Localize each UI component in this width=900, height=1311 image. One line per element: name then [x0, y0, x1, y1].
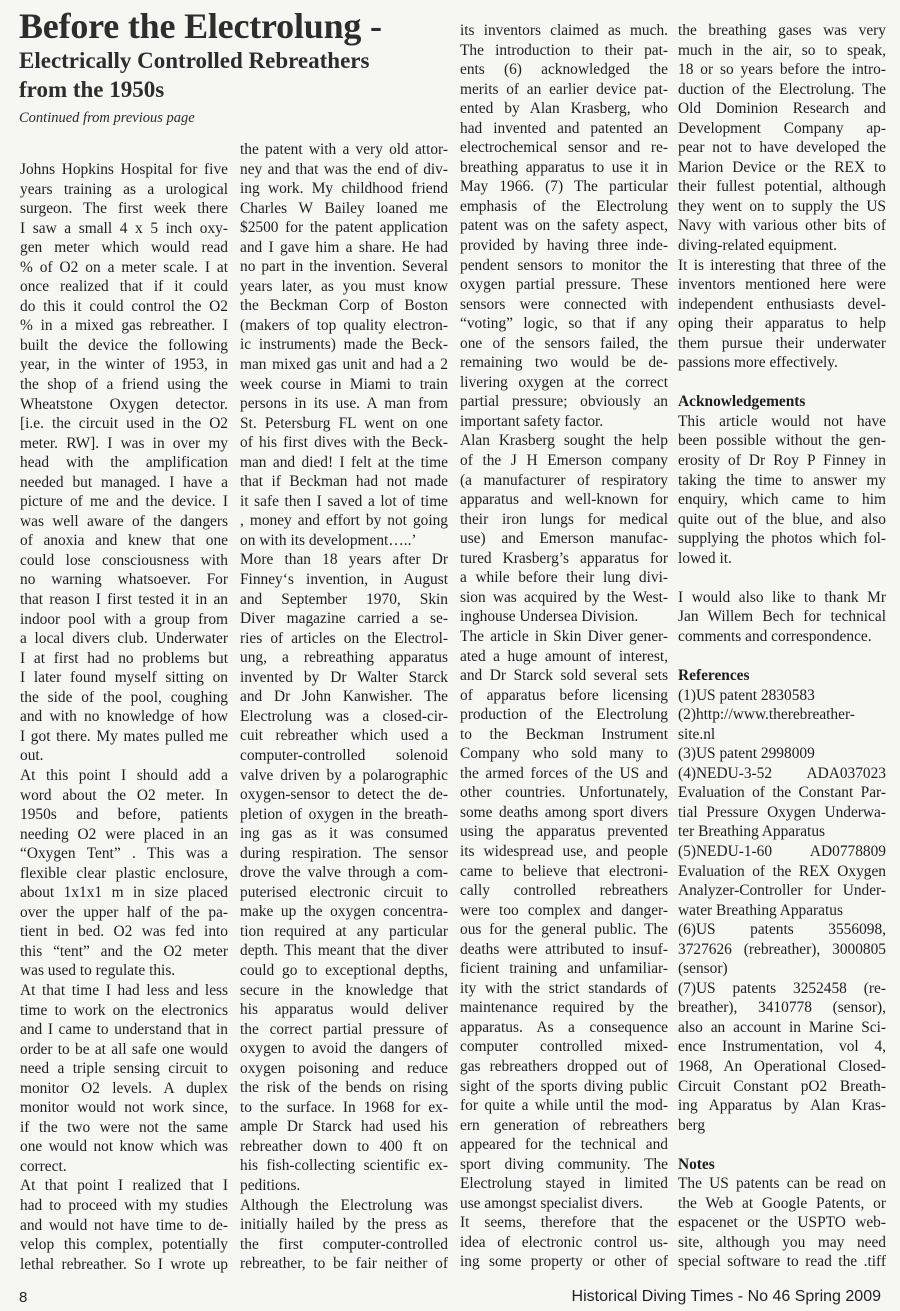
text-line: puterised electronic circuit to	[240, 883, 448, 903]
text-line: oxygen-sensor to detect the de-	[240, 785, 448, 805]
text-line: quite out of the blue, and also	[678, 510, 886, 530]
text-line: cuit rebreather which used a	[240, 726, 448, 746]
text-line: sport diving community. The	[460, 1155, 668, 1175]
text-line: the side of the pool, coughing	[20, 688, 228, 708]
text-line: his apparatus would deliver	[240, 1000, 448, 1020]
text-line: one of the sensors failed, the	[460, 334, 668, 354]
text-line: of apparatus before licensing	[460, 686, 668, 706]
text-line: “voting” logic, so that if any	[460, 314, 668, 334]
text-line: Charles W Bailey loaned me	[240, 199, 448, 219]
text-line: Analyzer-Controller for Under-	[678, 881, 886, 901]
text-line: make up the oxygen concentra-	[240, 902, 448, 922]
paragraph-gap	[678, 1135, 886, 1155]
text-line: tial Pressure Oxygen Underwa-	[678, 803, 886, 823]
text-column-1: Johns Hopkins Hospital for fiveyears tra…	[20, 160, 228, 1274]
text-line: Electrolung stayed in limited	[460, 1174, 668, 1194]
text-line: oxygen poisoning and reduce	[240, 1059, 448, 1079]
text-line: ity with the strict standards of	[460, 979, 668, 999]
text-line: much in the air, so to speak,	[678, 41, 886, 61]
text-line: oping their apparatus to help	[678, 314, 886, 334]
text-line: (4)NEDU-3-52 ADA037023	[678, 764, 886, 784]
text-line: if the two were not the same	[20, 1118, 228, 1138]
text-line: tured Krasberg’s apparatus for	[460, 549, 668, 569]
text-line: livering oxygen at the correct	[460, 373, 668, 393]
text-line: Electrolung was a closed-cir-	[240, 707, 448, 727]
text-line: during respiration. The sensor	[240, 844, 448, 864]
text-line: merits of an earlier device pat-	[460, 80, 668, 100]
text-line: Finney‘s invention, in August	[240, 570, 448, 590]
text-line: Evaluation of the REX Oxygen	[678, 862, 886, 882]
text-line: oxygen partial pressure. These	[460, 275, 668, 295]
text-line: sion was acquired by the West-	[460, 588, 668, 608]
text-line: monitor would not work since,	[20, 1098, 228, 1118]
text-line: rebreather down to 400 ft on	[240, 1137, 448, 1157]
text-line: deaths were attributed to insuf-	[460, 940, 668, 960]
text-line: a local divers club. Underwater	[20, 629, 228, 649]
text-line: week course in Miami to train	[240, 375, 448, 395]
text-line: Johns Hopkins Hospital for five	[20, 160, 228, 180]
text-line: sensors were connected with	[460, 295, 668, 315]
text-line: % in a mixed gas rebreather. I	[20, 316, 228, 336]
text-line: Diver magazine carried a se-	[240, 609, 448, 629]
text-line: use amongst specialist divers.	[460, 1194, 668, 1214]
text-line: 18 or so years before the intro-	[678, 60, 886, 80]
text-line: gas rebreathers dropped out of	[460, 1057, 668, 1077]
text-line: one would not know which was	[20, 1137, 228, 1157]
text-line: independent enthusiasts devel-	[678, 295, 886, 315]
publication-footer: Historical Diving Times - No 46 Spring 2…	[572, 1288, 881, 1306]
text-line: could lose consciousness with	[20, 551, 228, 571]
text-line: indoor pool with a group from	[20, 610, 228, 630]
text-line: them pursue their underwater	[678, 334, 886, 354]
article-subtitle-line2: from the 1950s	[19, 75, 459, 104]
text-line: do this it could control the O2	[20, 297, 228, 317]
text-column-3: its inventors claimed as much.The introd…	[460, 21, 668, 1272]
text-line: computer-controlled solenoid	[240, 746, 448, 766]
text-line: on with its development…..’	[240, 531, 448, 551]
text-line: and with no knowledge of how	[20, 707, 228, 727]
text-line: Old Dominion Research and	[678, 99, 886, 119]
section-heading: Acknowledgements	[678, 392, 886, 412]
text-line: of the J H Emerson company	[460, 451, 668, 471]
paragraph-gap	[678, 568, 886, 588]
text-line: the shop of a friend using the	[20, 375, 228, 395]
text-line: their iron lungs for medical	[460, 510, 668, 530]
text-line: ing work. My childhood friend	[240, 179, 448, 199]
text-line: ous for the general public. The	[460, 920, 668, 940]
text-line: $2500 for the patent application	[240, 218, 448, 238]
text-line: they went on to supply the US	[678, 197, 886, 217]
text-line: Evaluation of the Constant Par-	[678, 783, 886, 803]
text-line: (2)http://www.therebreather-	[678, 705, 886, 725]
text-line: its inventors claimed as much.	[460, 21, 668, 41]
text-line: maintenance required by the	[460, 998, 668, 1018]
text-line: important safety factor.	[460, 412, 668, 432]
text-line: berg	[678, 1116, 886, 1136]
text-line: idea of electronic control us-	[460, 1233, 668, 1253]
text-line: and I gave him a share. He had	[240, 238, 448, 258]
text-line: electrochemical sensor and re-	[460, 138, 668, 158]
text-line: time to work on the electronics	[20, 1001, 228, 1021]
text-line: (6)US patents 3556098,	[678, 920, 886, 940]
text-line: had invented and patented an	[460, 119, 668, 139]
text-column-4: the breathing gases was verymuch in the …	[678, 21, 886, 1272]
text-line: At that point I realized that I	[20, 1176, 228, 1196]
text-line: passions more effectively.	[678, 353, 886, 373]
text-line: ented by Alan Krasberg, who	[460, 99, 668, 119]
text-line: ter Breathing Apparatus	[678, 822, 886, 842]
text-line: partial pressure; obviously an	[460, 392, 668, 412]
text-line: tient in bed. O2 was fed into	[20, 922, 228, 942]
text-line: a while before their lung divi-	[460, 568, 668, 588]
text-line: came to believe that electroni-	[460, 862, 668, 882]
text-line: also an account in Marine Sci-	[678, 1018, 886, 1038]
text-line: persons in its use. A man from	[240, 394, 448, 414]
text-line: appeared for the technical and	[460, 1135, 668, 1155]
text-line: had to proceed with my studies	[20, 1196, 228, 1216]
text-line: velop this complex, potentially	[20, 1235, 228, 1255]
text-line: needing O2 were placed in an	[20, 825, 228, 845]
text-line: Company who sold many to	[460, 744, 668, 764]
text-line: % of O2 on a meter scale. I at	[20, 258, 228, 278]
text-line: year, in the winter of 1953, in	[20, 355, 228, 375]
text-line: Navy with various other bits of	[678, 216, 886, 236]
paragraph-gap	[678, 647, 886, 667]
text-line: pendent sensors to monitor the	[460, 256, 668, 276]
text-line: 1968, An Operational Closed-	[678, 1057, 886, 1077]
text-line: lowed it.	[678, 549, 886, 569]
text-line: espacenet or the USPTO web-	[678, 1213, 886, 1233]
text-line: production of the Electrolung	[460, 705, 668, 725]
text-line: it safe then I saved a lot of time	[240, 492, 448, 512]
text-line: ficient training and unfamiliar-	[460, 959, 668, 979]
text-line: his fish-collecting scientific ex-	[240, 1156, 448, 1176]
text-line: 3727626 (rebreather), 3000805	[678, 940, 886, 960]
text-line: and September 1970, Skin	[240, 590, 448, 610]
text-line: The US patents can be read on	[678, 1174, 886, 1194]
text-line: oxygen to avoid the dangers of	[240, 1039, 448, 1059]
text-line: breathing apparatus to use it in	[460, 158, 668, 178]
text-line: the risk of the bends on rising	[240, 1078, 448, 1098]
text-line: picture of me and the device. I	[20, 492, 228, 512]
text-line: monitor O2 levels. A duplex	[20, 1079, 228, 1099]
text-line: tion required at any particular	[240, 922, 448, 942]
text-line: ung, a rebreathing apparatus	[240, 648, 448, 668]
text-line: It seems, therefore that the	[460, 1213, 668, 1233]
text-line: flexible clear plastic enclosure,	[20, 864, 228, 884]
text-line: this “tent” and the O2 meter	[20, 942, 228, 962]
text-line: pletion of oxygen in the breath-	[240, 805, 448, 825]
text-line: was used to regulate this.	[20, 961, 228, 981]
text-line: for quite a while until the mod-	[460, 1096, 668, 1116]
text-line: correct.	[20, 1157, 228, 1177]
section-heading: References	[678, 666, 886, 686]
text-line: I later found myself sitting on	[20, 668, 228, 688]
text-line: some deaths among sport divers	[460, 803, 668, 823]
text-line: Jan Willem Bech for technical	[678, 607, 886, 627]
text-line: This article would not have	[678, 412, 886, 432]
text-line: the armed forces of the US and	[460, 764, 668, 784]
text-line: and would not have time to de-	[20, 1216, 228, 1236]
text-line: I at first had no problems but	[20, 649, 228, 669]
text-line: breather), 3410778 (sensor),	[678, 998, 886, 1018]
text-line: comments and correspondence.	[678, 627, 886, 647]
page-number: 8	[19, 1289, 27, 1306]
text-line: years later, as you must know	[240, 277, 448, 297]
text-line: man and died! I felt at the time	[240, 453, 448, 473]
text-line: rebreather, to be fair neither of	[240, 1254, 448, 1274]
text-line: I saw a small 4 x 5 inch oxy-	[20, 219, 228, 239]
text-line: Alan Krasberg sought the help	[460, 431, 668, 451]
text-line: needed but managed. I have a	[20, 473, 228, 493]
text-line: I got there. My mates pulled me	[20, 727, 228, 747]
text-line: ic instruments) made the Beck-	[240, 335, 448, 355]
text-line: man mixed gas unit and had a 2	[240, 355, 448, 375]
text-line: (makers of top quality electron-	[240, 316, 448, 336]
text-line: 1950s and before, patients	[20, 805, 228, 825]
text-line: remaining two would be de-	[460, 353, 668, 373]
text-line: The introduction to their pat-	[460, 41, 668, 61]
text-line: Wheatstone Oxygen detector.	[20, 395, 228, 415]
text-line: (a manufacturer of respiratory	[460, 471, 668, 491]
text-line: out.	[20, 746, 228, 766]
paragraph-gap	[678, 373, 886, 393]
text-line: pear not to have developed the	[678, 138, 886, 158]
text-line: “Oxygen Tent” . This was a	[20, 844, 228, 864]
text-line: More than 18 years after Dr	[240, 550, 448, 570]
text-line: emphasis of the Electrolung	[460, 197, 668, 217]
text-line: ney and that was the end of div-	[240, 160, 448, 180]
text-line: provided by having three inde-	[460, 236, 668, 256]
text-line: that if Beckman had not made	[240, 472, 448, 492]
text-line: cally controlled rebreathers	[460, 881, 668, 901]
text-line: built the device the following	[20, 336, 228, 356]
text-line: the Beckman Corp of Boston	[240, 296, 448, 316]
text-line: [i.e. the circuit used in the O2	[20, 414, 228, 434]
text-line: initially hailed by the press as	[240, 1215, 448, 1235]
text-line: At that time I had less and less	[20, 981, 228, 1001]
text-line: the first computer-controlled	[240, 1235, 448, 1255]
text-line: invented by Dr Walter Starck	[240, 668, 448, 688]
text-line: need a triple sensing circuit to	[20, 1059, 228, 1079]
text-line: to the surface. In 1968 for ex-	[240, 1098, 448, 1118]
text-line: depth. This meant that the diver	[240, 941, 448, 961]
text-line: At this point I should add a	[20, 766, 228, 786]
text-line: apparatus and well-known for	[460, 490, 668, 510]
text-line: and I came to understand that in	[20, 1020, 228, 1040]
text-line: years training as a urological	[20, 180, 228, 200]
text-line: ence Instrumentation, vol 4,	[678, 1037, 886, 1057]
text-line: the patent with a very old attor-	[240, 140, 448, 160]
text-line: Circuit Constant pO2 Breath-	[678, 1077, 886, 1097]
text-line: other countries. Unfortunately,	[460, 783, 668, 803]
text-line: erosity of Dr Roy P Finney in	[678, 451, 886, 471]
text-line: use) and Emerson manufac-	[460, 529, 668, 549]
text-line: water Breathing Apparatus	[678, 901, 886, 921]
text-line: (5)NEDU-1-60 AD0778809	[678, 842, 886, 862]
text-line: surgeon. The first week there	[20, 199, 228, 219]
text-line: computer controlled mixed-	[460, 1037, 668, 1057]
text-line: was well aware of the dangers	[20, 512, 228, 532]
text-line: over the upper half of the pa-	[20, 903, 228, 923]
text-line: the correct partial pressure of	[240, 1020, 448, 1040]
text-line: its widespread use, and people	[460, 842, 668, 862]
text-line: , money and effort by not going	[240, 511, 448, 531]
text-line: the breathing gases was very	[678, 21, 886, 41]
text-line: St. Petersburg FL went on one	[240, 414, 448, 434]
text-line: inventors mentioned here were	[678, 275, 886, 295]
text-line: supplying the photos which fol-	[678, 529, 886, 549]
text-line: no part in the invention. Several	[240, 257, 448, 277]
text-line: ern generation of rebreathers	[460, 1116, 668, 1136]
text-line: were too complex and danger-	[460, 901, 668, 921]
text-line: peditions.	[240, 1176, 448, 1196]
text-line: ing some property or other of	[460, 1252, 668, 1272]
text-line: Development Company ap-	[678, 119, 886, 139]
text-line: once realized that if it could	[20, 277, 228, 297]
text-line: drove the valve through a com-	[240, 863, 448, 883]
text-line: the Web at Google Patents, or	[678, 1194, 886, 1214]
text-line: May 1966. (7) The particular	[460, 177, 668, 197]
text-line: patent was on the safety aspect,	[460, 216, 668, 236]
text-line: to the Beckman Instrument	[460, 725, 668, 745]
text-line: head with the amplification	[20, 453, 228, 473]
continued-note: Continued from previous page	[19, 108, 459, 128]
text-line: been possible without the gen-	[678, 431, 886, 451]
text-line: lethal rebreather. So I wrote up	[20, 1255, 228, 1275]
article-title: Before the Electrolung -	[19, 6, 459, 46]
text-line: ing gas as it was consumed	[240, 824, 448, 844]
text-line: ries of articles on the Electrol-	[240, 629, 448, 649]
text-line: and Dr John Kanwisher. The	[240, 687, 448, 707]
text-line: could go to exceptional depths,	[240, 961, 448, 981]
text-line: It is interesting that three of the	[678, 256, 886, 276]
text-line: gen meter which would read	[20, 238, 228, 258]
text-line: and Dr Starck sold several sets	[460, 666, 668, 686]
text-line: order to be at all safe one would	[20, 1040, 228, 1060]
text-line: special software to read the .tiff	[678, 1252, 886, 1272]
text-line: ents (6) acknowledged the	[460, 60, 668, 80]
article-header: Before the Electrolung - Electrically Co…	[19, 6, 459, 128]
text-line: (sensor)	[678, 959, 886, 979]
text-line: (3)US patent 2998009	[678, 744, 886, 764]
text-line: Although the Electrolung was	[240, 1196, 448, 1216]
text-line: that reason I first tested it in an	[20, 590, 228, 610]
text-line: inghouse Undersea Division.	[460, 607, 668, 627]
text-line: Marion Device or the REX to	[678, 158, 886, 178]
section-heading: Notes	[678, 1155, 886, 1175]
text-column-2: the patent with a very old attor-ney and…	[240, 140, 448, 1274]
text-line: I would also like to thank Mr	[678, 588, 886, 608]
text-line: duction of the Electrolung. The	[678, 80, 886, 100]
text-line: of anoxia and knew that one	[20, 531, 228, 551]
text-line: meter. RW]. I was in over my	[20, 434, 228, 454]
text-line: no warning whatsoever. For	[20, 570, 228, 590]
text-line: site, although you may need	[678, 1233, 886, 1253]
text-line: ated a huge amount of interest,	[460, 647, 668, 667]
text-line: sight of the sports diving public	[460, 1077, 668, 1097]
text-line: diving-related equipment.	[678, 236, 886, 256]
magazine-page: Before the Electrolung - Electrically Co…	[0, 0, 900, 1311]
text-line: site.nl	[678, 725, 886, 745]
article-subtitle-line1: Electrically Controlled Rebreathers	[19, 46, 459, 75]
text-line: of his first dives with the Beck-	[240, 433, 448, 453]
text-line: taking the time to answer my	[678, 471, 886, 491]
text-line: about 1x1x1 m in size placed	[20, 883, 228, 903]
text-line: (7)US patents 3252458 (re-	[678, 979, 886, 999]
text-line: word about the O2 meter. In	[20, 786, 228, 806]
text-line: using the apparatus prevented	[460, 822, 668, 842]
text-line: ing Apparatus by Alan Kras-	[678, 1096, 886, 1116]
text-line: ample Dr Starck had used his	[240, 1117, 448, 1137]
text-line: The article in Skin Diver gener-	[460, 627, 668, 647]
text-line: (1)US patent 2830583	[678, 686, 886, 706]
text-line: valve driven by a polarographic	[240, 766, 448, 786]
text-line: apparatus. As a consequence	[460, 1018, 668, 1038]
text-line: their fullest potential, although	[678, 177, 886, 197]
text-line: enquiry, which came to him	[678, 490, 886, 510]
text-line: secure in the knowledge that	[240, 981, 448, 1001]
